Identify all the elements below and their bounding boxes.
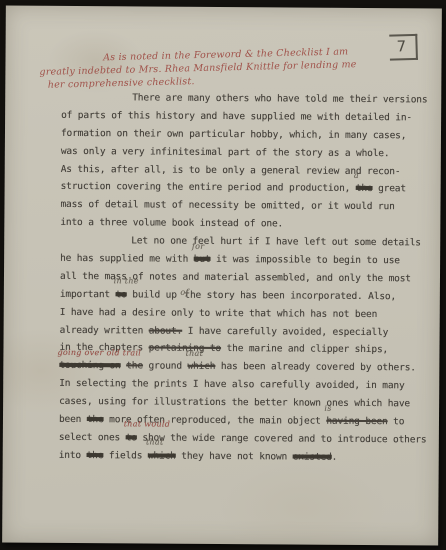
edit-group: that wouldto bbox=[126, 429, 137, 447]
typed-segment: I have carefully avoided, especially bbox=[182, 325, 388, 337]
manuscript-page: 7 As is noted in the Foreword & the Chec… bbox=[2, 5, 442, 545]
typed-segment: all the mass of notes and material assem… bbox=[60, 271, 411, 284]
handwritten-insertion: of bbox=[180, 289, 188, 297]
typed-segment: of parts of this history and have suppli… bbox=[61, 110, 412, 123]
typed-segment: As this, after all, is to be only a gene… bbox=[61, 163, 401, 176]
typed-segment: the story has been incorporated. Also, bbox=[184, 290, 396, 302]
handwritten-insertion: in the bbox=[114, 278, 139, 286]
typed-segment: In selecting the prints I have also care… bbox=[59, 378, 404, 391]
edit-group: thatwhich bbox=[148, 447, 176, 465]
handwritten-note: As is noted in the Foreword & the Checkl… bbox=[39, 45, 370, 92]
typed-segment: I have had a desire only to write that w… bbox=[60, 307, 378, 320]
edit-group: in theto bbox=[116, 286, 127, 304]
typed-segment: they have not known bbox=[176, 450, 293, 462]
typed-line: important in theto build up ofthe story … bbox=[60, 286, 428, 306]
edit-group: ishaving been bbox=[326, 413, 387, 431]
typed-segment: Let no one feel hurt if I have left out … bbox=[131, 235, 421, 248]
struck-word: touching on bbox=[59, 360, 120, 371]
typed-line: going over old trailtouching on the grou… bbox=[59, 357, 427, 377]
struck-word: about. bbox=[149, 325, 182, 336]
typed-segment: show the wide range covered and to intro… bbox=[137, 432, 427, 445]
struck-word: the bbox=[87, 450, 104, 461]
edit-group: thatwhich bbox=[187, 358, 215, 376]
handwritten-insertion: that would bbox=[124, 421, 170, 429]
typed-line: of parts of this history and have suppli… bbox=[61, 107, 429, 127]
handwritten-insertion: that bbox=[186, 350, 204, 358]
typed-segment: important bbox=[60, 289, 116, 300]
handwritten-insertion: a bbox=[354, 172, 359, 180]
handwritten-insertion: that bbox=[146, 439, 164, 447]
struck-word: having been bbox=[326, 416, 387, 427]
struck-word: the bbox=[126, 361, 143, 372]
typed-segment: cases, using for illustrations the bette… bbox=[59, 396, 410, 409]
struck-word: which bbox=[148, 450, 176, 461]
typed-segment: has been already covered by others. bbox=[215, 361, 416, 373]
typed-segment: the marine and clipper ships, bbox=[221, 343, 388, 355]
typed-segment: great bbox=[372, 184, 405, 195]
typed-segment: already written bbox=[60, 324, 149, 336]
typed-segment: into a three volume book instead of one. bbox=[60, 217, 283, 230]
typed-segment: it was impossible to begin to use bbox=[210, 254, 399, 266]
handwritten-insertion: is bbox=[324, 404, 331, 412]
typed-line: into the fields thatwhich they have not … bbox=[59, 447, 427, 467]
page-number: 7 bbox=[390, 34, 418, 61]
typed-segment: to bbox=[388, 416, 405, 427]
typed-segment: ground bbox=[143, 361, 188, 372]
edit-group: athe bbox=[356, 180, 373, 198]
typed-segment: he has supplied me with bbox=[60, 253, 194, 265]
edit-group: going over old trailtouching on bbox=[59, 357, 120, 375]
handwritten-insertion: for bbox=[192, 242, 205, 250]
typed-segment: been bbox=[59, 414, 87, 425]
typed-segment: mass of detail must of necessity be omit… bbox=[60, 199, 394, 212]
typed-line: into a three volume book instead of one. bbox=[60, 214, 428, 234]
struck-word: the bbox=[356, 183, 373, 194]
typed-line: formation on their own particular hobby,… bbox=[61, 125, 429, 145]
typed-segment: struction covering the entire period and… bbox=[61, 181, 356, 194]
struck-word: which bbox=[187, 361, 215, 372]
typed-segment: formation on their own particular hobby,… bbox=[61, 128, 406, 141]
struck-word: existed bbox=[293, 451, 332, 462]
photo-background: { "page": { "page_number": "7", "handwri… bbox=[0, 0, 446, 550]
typed-segment: was only a very infinitesimal part of th… bbox=[61, 146, 390, 159]
struck-word: but bbox=[194, 254, 211, 265]
typed-line: select ones that wouldto show the wide r… bbox=[59, 429, 427, 449]
typed-segment: fields bbox=[103, 450, 148, 461]
handwritten-insertion: going over old trail bbox=[57, 349, 141, 358]
typed-text: There are many others who have told me t… bbox=[59, 89, 430, 467]
typed-segment: There are many others who have told me t… bbox=[132, 92, 427, 105]
typed-segment: . bbox=[332, 452, 338, 463]
typed-line: I have had a desire only to write that w… bbox=[60, 304, 428, 324]
edit-group: forbut bbox=[194, 251, 211, 269]
typed-segment: into bbox=[59, 450, 87, 461]
typed-segment: build up bbox=[127, 289, 183, 300]
struck-word: to bbox=[116, 289, 127, 300]
struck-word: to bbox=[126, 432, 137, 443]
typed-segment: select ones bbox=[59, 432, 126, 443]
struck-word: the bbox=[87, 414, 104, 425]
typed-line: was only a very infinitesimal part of th… bbox=[61, 143, 429, 163]
